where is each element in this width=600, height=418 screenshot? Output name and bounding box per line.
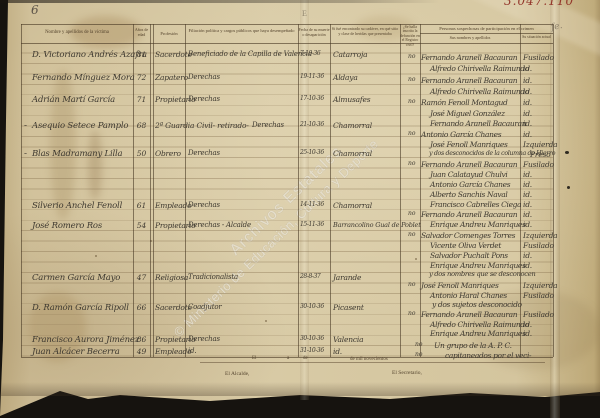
suspect-name: Alberto Sanchis Naval [430, 190, 507, 199]
suspect-status: id. [523, 64, 532, 73]
footer-fill-line [200, 362, 545, 363]
suspect-status: id. [523, 261, 532, 270]
footer-word-de: de [303, 356, 308, 361]
suspect-status: Fusilado [523, 291, 554, 300]
header-age: Años de edad [133, 28, 150, 37]
page-number: 6 [31, 3, 39, 17]
registered-no: no [408, 53, 415, 60]
suspect-name: Juan Calatayud Chulvi [430, 170, 507, 179]
suspect-status: Fusilado [523, 310, 554, 319]
suspect-status: Fusilado [523, 241, 554, 250]
suspect-status: id. [523, 220, 532, 229]
suspect-status: id. [523, 329, 532, 338]
suspect-status: Fusilado [523, 53, 554, 62]
suspect-status: id. [523, 87, 532, 96]
suspect-status: Preso [530, 150, 550, 159]
suspect-status: id. [523, 130, 532, 139]
registered-no: no [408, 130, 415, 137]
suspects-split-line [420, 33, 553, 34]
suspect-name: Salvador Puchalt Pons [430, 251, 508, 260]
suspect-name: Francisco Cabrelles Ciega [430, 200, 521, 209]
registered-no: no [415, 341, 422, 348]
suspect-status: id. [523, 170, 532, 179]
suspect-name: José Fenoll Manriques [421, 281, 499, 290]
registered-no: no [408, 210, 415, 217]
registered-no: no [408, 281, 415, 288]
reference-number: 3.047.110 [504, 0, 574, 8]
suspect-status: id. [523, 109, 532, 118]
suspect-name: Antonio Haral Chanes [430, 291, 507, 300]
suspect-name: José Miguel González [430, 109, 505, 118]
footer-secretario: El Secretario, [392, 370, 422, 376]
suspect-name: Fernando Aranell Bacauran [421, 53, 517, 62]
suspect-name: Fernando Aranell Bacauran [421, 76, 517, 85]
suspect-name: Alfredo Chirivella Raimundo [430, 64, 529, 73]
suspect-name: y dos nombres que se desconocen [429, 270, 535, 278]
suspect-name: Salvador Comenges Torres [421, 231, 515, 240]
suspect-status: id. [523, 210, 532, 219]
footer-word-year: de mil novecientos [350, 357, 388, 362]
footer-word-el: El [252, 356, 256, 361]
suspect-name: Fernando Aranell Bacauran [421, 310, 517, 319]
suspect-name: Enrique Andreu Manriques [430, 329, 526, 338]
suspect-status: id. [523, 251, 532, 260]
suspect-name: José Fenoll Manriques [430, 140, 508, 149]
header-suspects-status: Su situación actual [520, 35, 553, 39]
suspect-name: Antonio García Chanes [430, 180, 510, 189]
suspect-line: Enrique Andreu Manriques id. [0, 329, 600, 341]
suspect-status: Izquierda [523, 140, 557, 149]
suspect-name: Fernando Aranell Bacauran [421, 160, 517, 169]
suspect-name: Enrique Andreu Manriques [430, 220, 526, 229]
suspect-status: id. [523, 76, 532, 85]
header-victim-name: Nombre y apellidos de la víctima [21, 30, 133, 36]
registered-no: no [408, 231, 415, 238]
header-profession: Profesión [153, 31, 185, 36]
suspect-name: Fernando Aranell Bacauran [430, 119, 526, 128]
header-death-date: Fecha de su muerte o desaparición [298, 28, 330, 37]
suspect-status: Izquierda [523, 281, 557, 290]
suspect-name: Alfredo Chirivella Raimundo [430, 320, 529, 329]
registered-no: no [408, 98, 415, 105]
suspect-status: id. [523, 200, 532, 209]
suspect-status: Izquierda [523, 231, 557, 240]
suspect-name: Un grupo de la A. P. C. [434, 341, 512, 350]
suspect-status: id. [523, 320, 532, 329]
header-bottom-line [21, 43, 553, 44]
header-suspects-names: Sus nombres y apellidos [420, 36, 520, 41]
registered-no: no [408, 310, 415, 317]
header-affiliation: Filiación política y cargos públicos que… [186, 28, 297, 33]
suspect-name: Alfredo Chirivella Raimundo [430, 87, 529, 96]
header-registered: ¿Se halla inscrita la defunción en el Re… [400, 25, 420, 47]
registered-no: no [408, 76, 415, 83]
suspect-status: id. [523, 180, 532, 189]
suspect-line: Alfredo Chirivella Raimundo id. [0, 64, 600, 76]
center-mark: E [302, 9, 307, 18]
suspect-name: Enrique Andreu Manriques [430, 261, 526, 270]
scanned-document-page: Archivos Estatales © Ministerio de Educa… [0, 0, 600, 418]
suspect-name: capitaneados por el veci- [445, 351, 531, 360]
suspect-name: Fernando Aranell Bacauran [421, 210, 517, 219]
registered-no: no [415, 351, 422, 358]
footer-word-a: a [287, 356, 289, 361]
suspect-status: id. [523, 119, 532, 128]
suspect-status: id. [523, 190, 532, 199]
header-body-found: Si fué encontrado su cadáver, en qué sit… [331, 27, 399, 36]
table-border-top [21, 24, 553, 25]
suspect-name: y dos sujetos desconocido [432, 300, 522, 309]
header-suspects-group: Personas sospechosas de participación en… [421, 26, 552, 31]
suspect-name: Vicente Oliva Verdet [430, 241, 501, 250]
footer-alcalde: El Alcalde, [225, 371, 249, 377]
suspect-name: Antonio García Chanes [421, 130, 501, 139]
registered-no: no [408, 160, 415, 167]
suspect-status: Fusilado [523, 160, 554, 169]
suspect-name: Ramón Fenoll Montagud [421, 98, 508, 107]
suspect-status: id. [523, 98, 532, 107]
